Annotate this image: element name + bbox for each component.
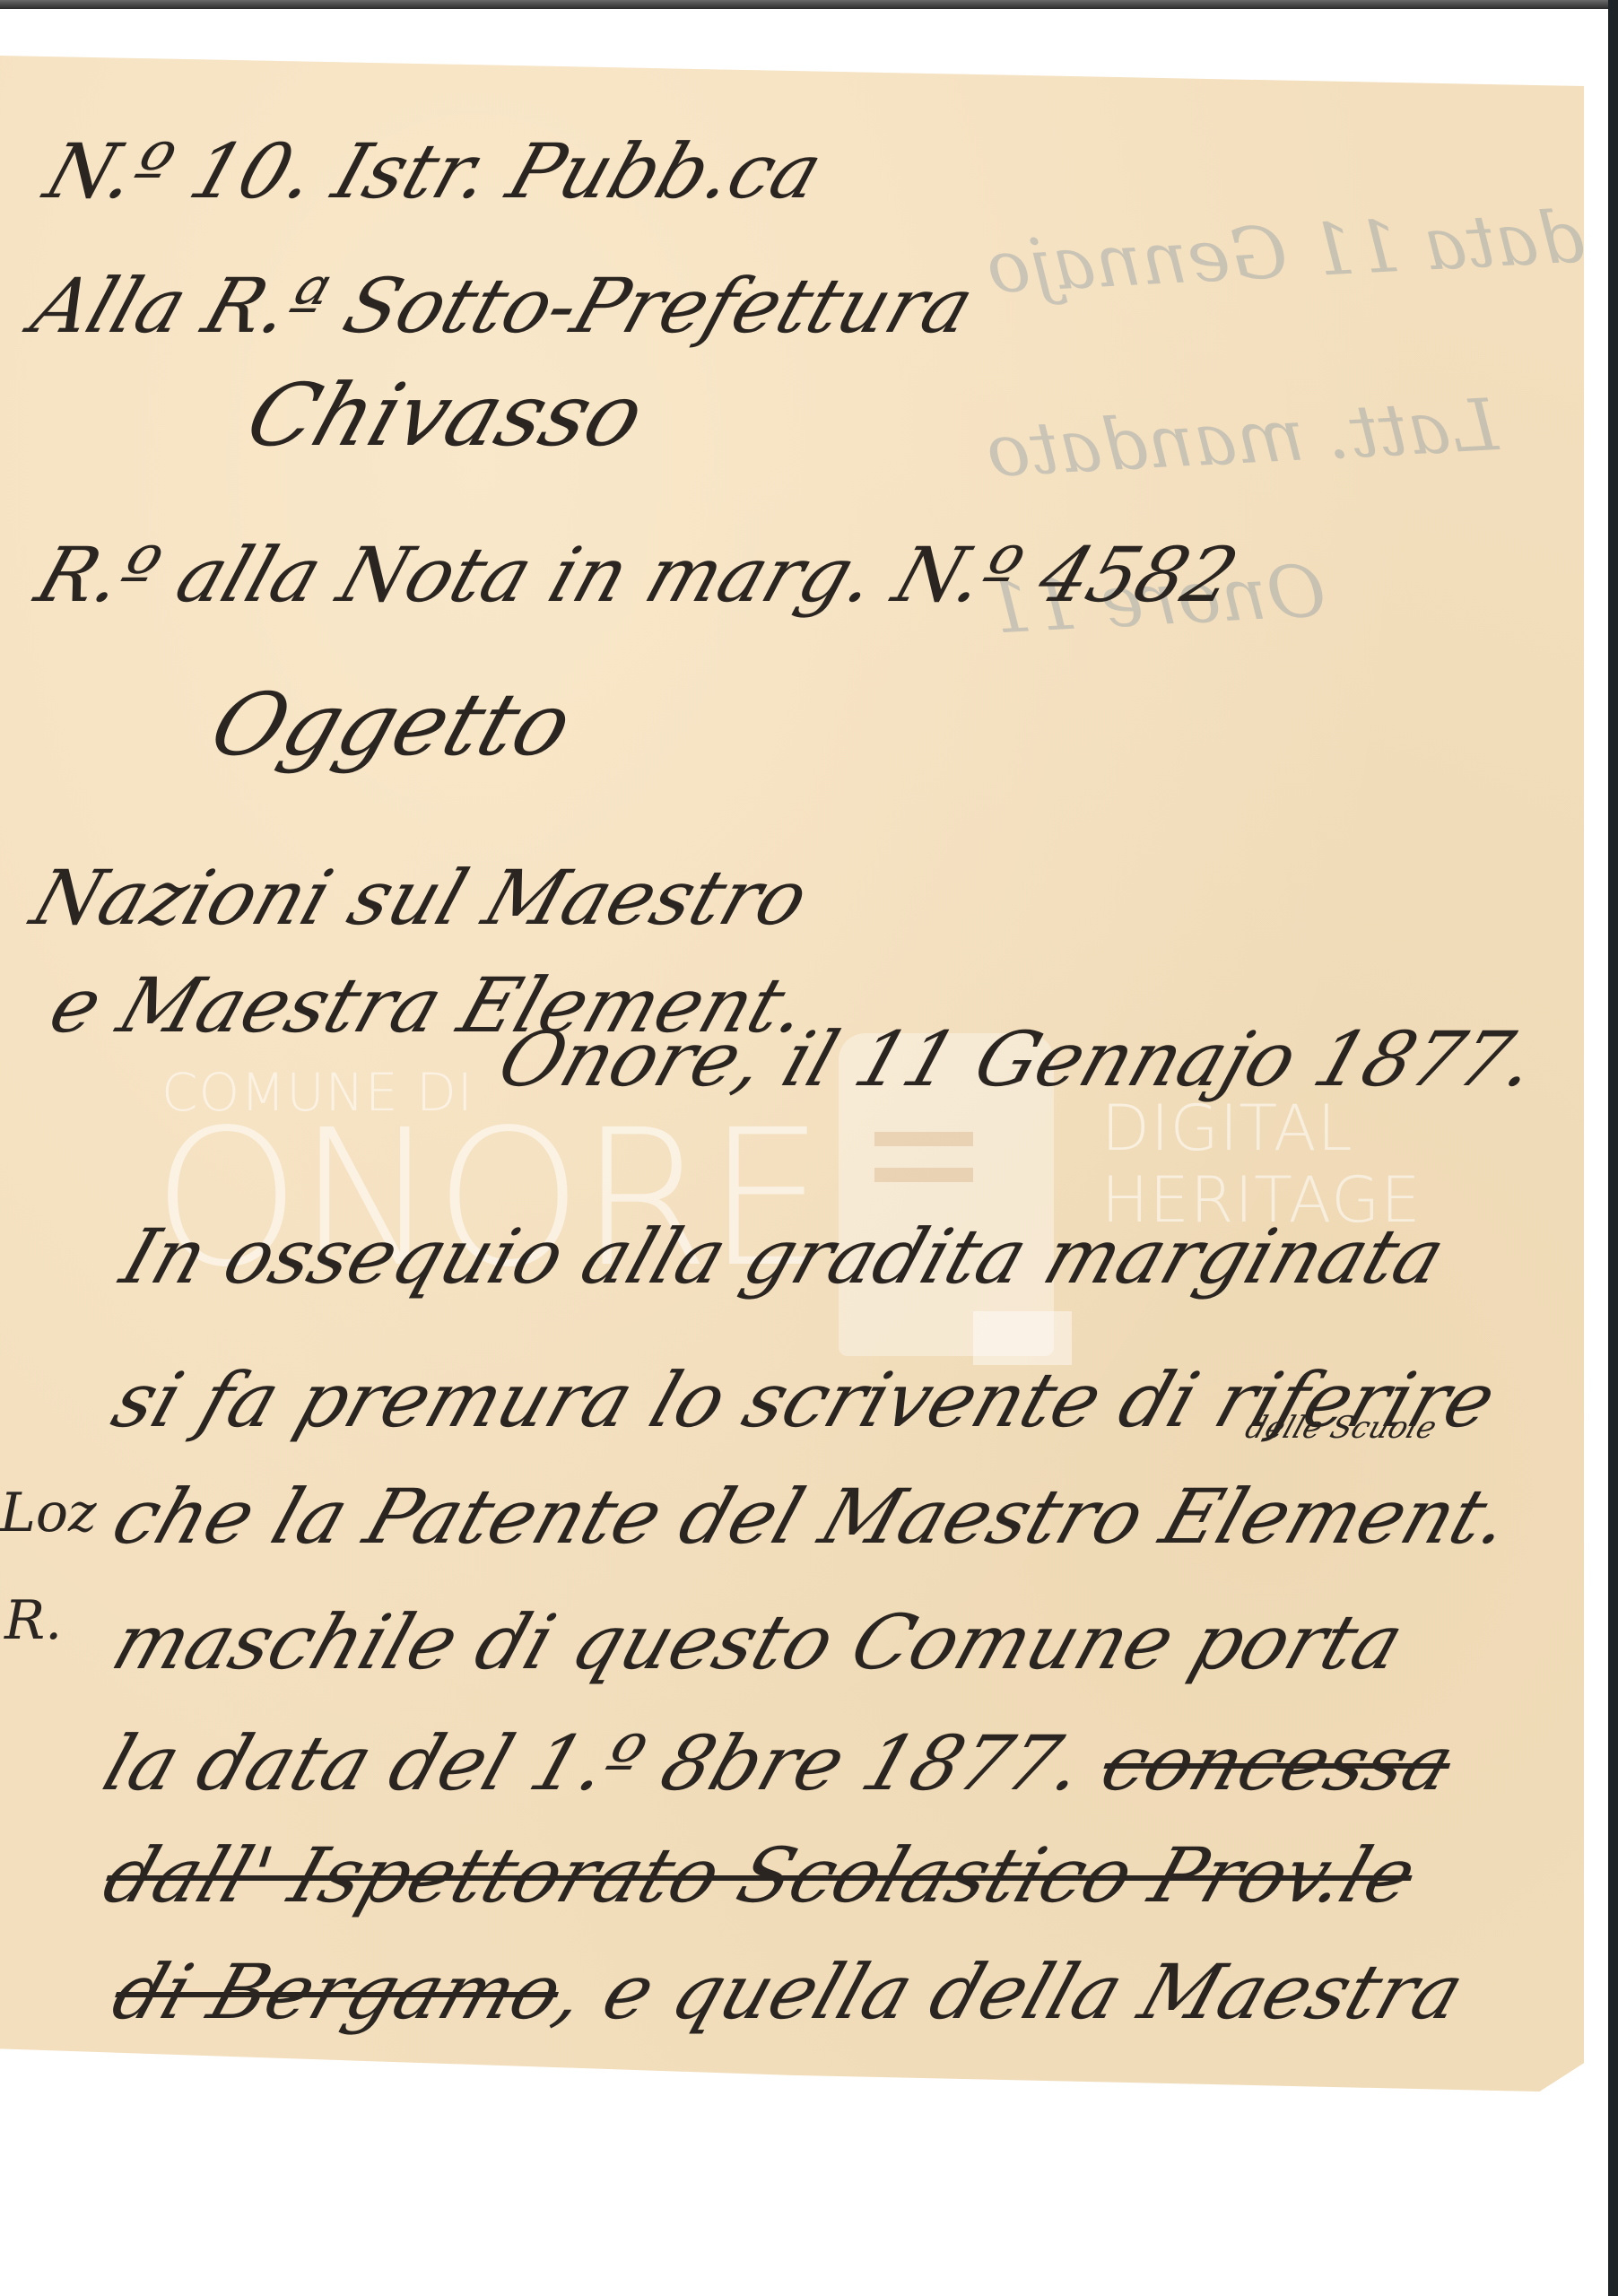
date-line: Onore, il 11 Gennajo 1877.	[488, 1015, 1548, 1103]
bleed-through-line: Latt. mandato	[985, 383, 1500, 493]
addressee-office: Alla R.ª Sotto-Prefettura	[22, 262, 984, 350]
watermark-comune: COMUNE DI	[161, 1062, 474, 1123]
body-line: di Bergamo, e quella della Maestra	[102, 1948, 1474, 2036]
scanner-bar-right	[1608, 0, 1618, 2296]
bleed-through-line: in data 11 Gennajo	[985, 190, 1618, 309]
scanner-bar-top	[0, 0, 1618, 9]
struck-word: concessa	[1091, 1719, 1465, 1807]
subject-line-1: Nazioni sul Maestro	[22, 854, 819, 942]
struck-word: di Bergamo	[102, 1948, 573, 2036]
body-line: la data del 1.º 8bre 1877. concessa	[93, 1719, 1465, 1807]
margin-note: R.	[4, 1589, 62, 1652]
addressee-city: Chivasso	[235, 365, 657, 465]
protocol-number: N.º 10. Istr. Pubb.ca	[35, 127, 833, 215]
reference-note: R.º alla Nota in marg. N.º 4582	[26, 531, 1248, 619]
body-text: la data del 1.º 8bre 1877.	[93, 1719, 1096, 1807]
body-line: maschile di questo Comune porta	[102, 1598, 1414, 1686]
body-line: che la Patente del Maestro Element.	[102, 1473, 1522, 1561]
margin-note: Loz	[0, 1482, 97, 1544]
subject-label: Oggetto	[199, 674, 585, 775]
body-text: , e quella della Maestra	[544, 1948, 1474, 2036]
manuscript-page: in data 11 Gennajo Latt. mandato Onore 1…	[0, 56, 1584, 2092]
body-line: In ossequio alla gradita marginata	[111, 1213, 1456, 1300]
struck-line: dall' Ispettorato Scolastico Prov.le	[93, 1831, 1427, 1919]
interlinear-insertion: delle Scuole	[1241, 1410, 1441, 1446]
